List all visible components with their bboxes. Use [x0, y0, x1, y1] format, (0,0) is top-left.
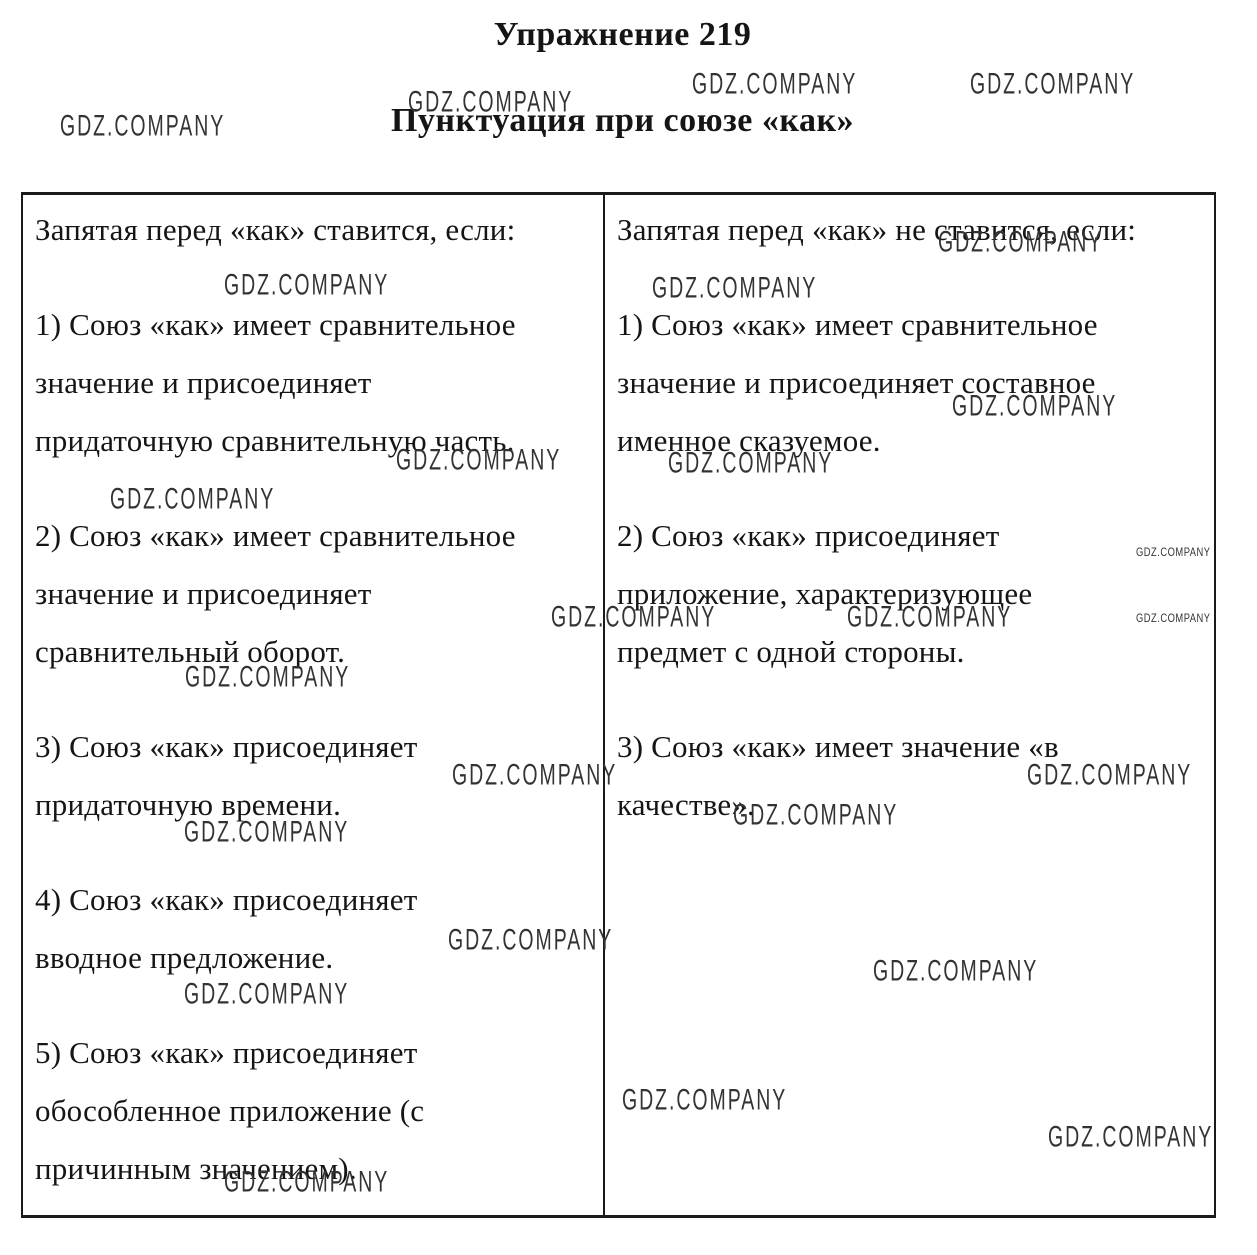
punctuation-rules-table: Запятая перед «как» ставится, если: 1) С… [21, 192, 1216, 1218]
rule-item-right-2: 2) Союз «как» присоединяет приложение, х… [617, 507, 1206, 681]
rule-item-left-5: 5) Союз «как» присоединяет обособленное … [35, 1024, 595, 1198]
rule-item-left-3: 3) Союз «как» присоединяет придаточную в… [35, 718, 595, 834]
page-subtitle: Пунктуация при союзе «как» [0, 100, 1245, 142]
rule-item-right-3: 3) Союз «как» имеет значение «в качестве… [617, 718, 1206, 834]
rule-item-left-2: 2) Союз «как» имеет сравнительное значен… [35, 507, 595, 681]
comma-required-column: Запятая перед «как» ставится, если: 1) С… [23, 195, 603, 1215]
rule-item-left-4: 4) Союз «как» присоединяет вводное предл… [35, 871, 595, 987]
comma-not-required-column: Запятая перед «как» не ставится, если: 1… [603, 195, 1214, 1215]
rule-item-left-1: 1) Союз «как» имеет сравнительное значен… [35, 296, 595, 470]
document-page: Упражнение 219 Пунктуация при союзе «как… [0, 0, 1257, 1255]
watermark-text: GDZ.COMPANY [692, 70, 857, 100]
rule-item-right-1: 1) Союз «как» имеет сравнительное значен… [617, 296, 1206, 470]
watermark-text: GDZ.COMPANY [970, 70, 1135, 100]
exercise-title: Упражнение 219 [0, 14, 1245, 56]
comma-required-header: Запятая перед «как» ставится, если: [35, 201, 595, 259]
comma-not-required-header: Запятая перед «как» не ставится, если: [617, 201, 1206, 259]
